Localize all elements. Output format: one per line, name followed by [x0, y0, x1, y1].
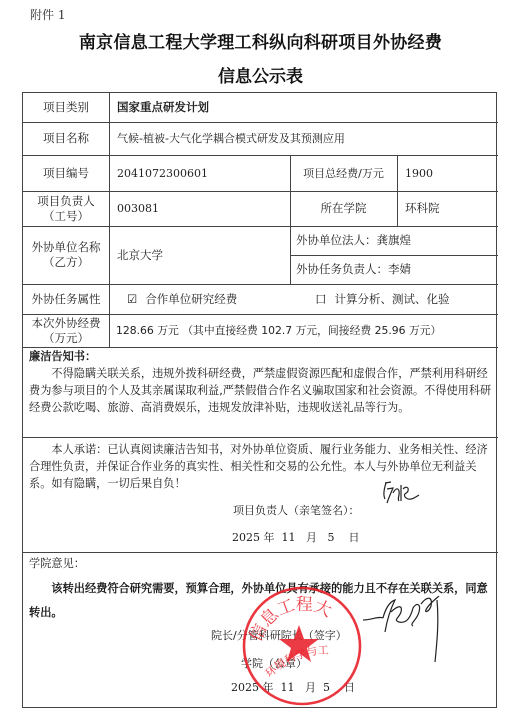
commitment-date: 2025 年 11 月 5 日	[232, 529, 359, 546]
project-leader-label: 项目负责人 （工号）	[23, 191, 109, 226]
project-name-label: 项目名称	[23, 122, 109, 155]
college-value: 环科院	[405, 191, 495, 226]
checkbox-unchecked-icon[interactable]: 口	[315, 292, 327, 307]
project-leader-label-line2: （工号）	[43, 209, 89, 224]
partner-legal-rep: 外协单位法人： 龚旗煌	[296, 226, 496, 255]
total-funding-value: 1900	[405, 155, 495, 191]
project-name-value: 气候-植被-大气化学耦合模式研发及其预测应用	[117, 122, 487, 155]
checkbox-checked-icon[interactable]: ☑	[127, 292, 137, 307]
outsourcing-funding-label-line1: 本次外协经费	[32, 316, 101, 331]
project-category-label: 项目类别	[23, 93, 109, 122]
outsourcing-funding-label: 本次外协经费 （万元）	[23, 314, 109, 347]
stamp-top-text: 信息工程大	[246, 595, 335, 645]
page-subtitle: 信息公示表	[0, 62, 521, 87]
partner-legal-rep-value: 龚旗煌	[377, 233, 412, 248]
task-attribute-label: 外协任务属性	[23, 284, 109, 314]
college-official-stamp: 信息工程大 环境科学与工程学院	[241, 585, 363, 707]
task-option-research[interactable]: ☑ 合作单位研究经费	[127, 284, 287, 314]
leader-signature	[379, 479, 427, 509]
college-label: 所在学院	[290, 191, 397, 226]
project-number-label: 项目编号	[23, 155, 109, 191]
outsourcing-funding-label-line2: （万元）	[43, 331, 89, 346]
row-divider	[23, 552, 498, 553]
partner-unit-label-line2: （乙方）	[43, 255, 89, 270]
project-leader-label-line1: 项目负责人	[37, 194, 95, 209]
task-option-research-label: 合作单位研究经费	[145, 292, 237, 307]
partner-task-leader-value: 李婧	[388, 262, 411, 277]
integrity-notice-heading: 廉洁告知书：	[29, 348, 494, 365]
task-option-analysis[interactable]: 口 计算分析、测试、化验	[315, 284, 495, 314]
attachment-label: 附件 1	[30, 6, 65, 23]
row-divider	[23, 437, 498, 438]
dean-signature	[361, 592, 451, 664]
leader-signature-label: 项目负责人（亲笔签名）：	[233, 502, 360, 519]
project-category-value: 国家重点研发计划	[117, 93, 487, 122]
outsourcing-funding-value: 128.66 万元 （其中直接经费 102.7 万元，间接经费 25.96 万元…	[116, 314, 496, 347]
partner-task-leader: 外协任务负责人： 李婧	[296, 255, 496, 284]
col-divider	[397, 155, 398, 226]
col-divider	[109, 93, 110, 347]
project-number-value: 2041072300601	[117, 155, 287, 191]
partner-unit-label: 外协单位名称 （乙方）	[23, 226, 109, 284]
college-opinion-heading: 学院意见：	[29, 555, 85, 572]
partner-task-leader-label: 外协任务负责人：	[296, 262, 388, 277]
partner-unit-value: 北京大学	[117, 226, 287, 284]
task-option-analysis-label: 计算分析、测试、化验	[335, 292, 450, 307]
total-funding-label: 项目总经费/万元	[290, 155, 397, 191]
page-title: 南京信息工程大学理工科纵向科研项目外协经费	[0, 28, 521, 53]
project-leader-value: 003081	[117, 191, 287, 226]
partner-legal-rep-label: 外协单位法人：	[296, 233, 377, 248]
svg-text:信息工程大: 信息工程大	[246, 595, 335, 645]
partner-unit-label-line1: 外协单位名称	[32, 240, 101, 255]
integrity-notice-body: 不得隐瞒关联关系，违规外拨科研经费，严禁虚假资源匹配和虚假合作，严禁利用科研经费…	[29, 365, 494, 416]
